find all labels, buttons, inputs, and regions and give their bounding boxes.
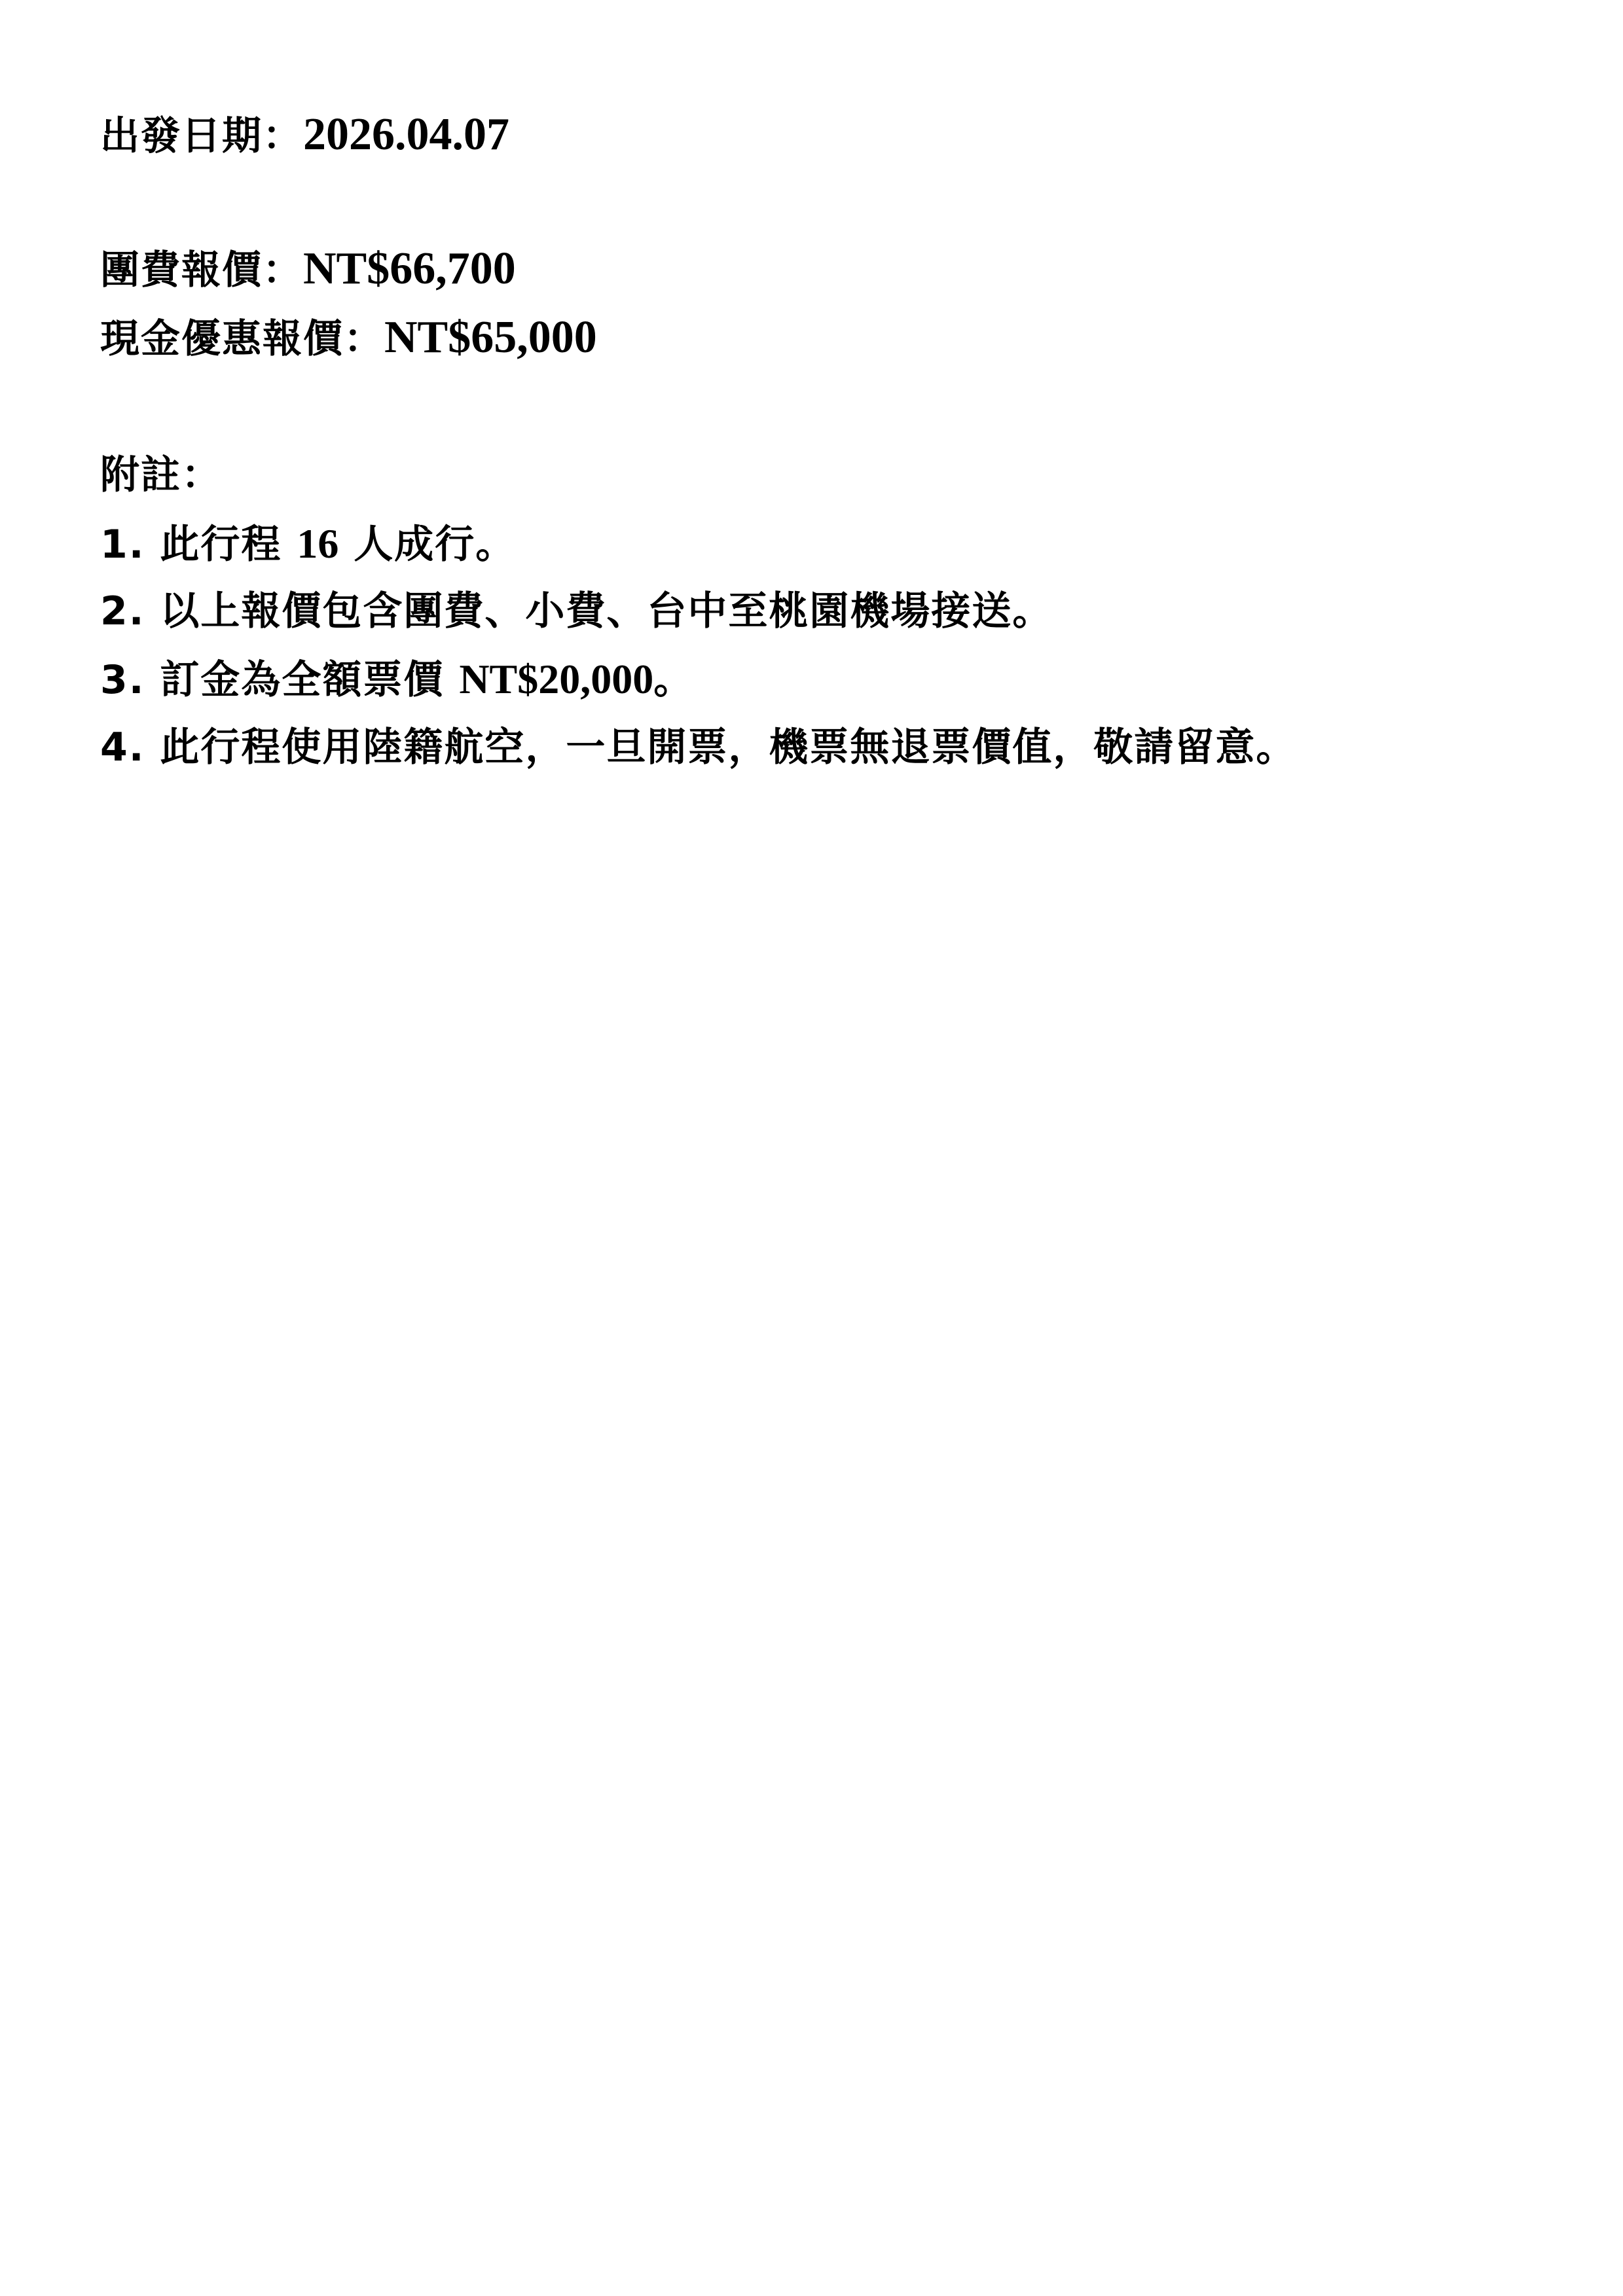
note-item-3: 3. 訂金為全額票價 NT$20,000。	[100, 656, 694, 704]
departure-date-label: 出發日期：	[100, 113, 303, 159]
departure-date-line: 出發日期：2026.04.07	[100, 111, 509, 160]
cash-discount-price-line: 現金優惠報價：NT$65,000	[100, 314, 597, 363]
note-item-1-prefix: 1. 此行程	[100, 522, 297, 567]
note-item-3-amount: NT$20,000	[459, 656, 653, 702]
group-fee-value: NT$66,700	[303, 243, 516, 294]
note-item-4: 4. 此行程使用陸籍航空，一旦開票，機票無退票價值，敬請留意。	[100, 724, 1296, 771]
departure-date-value: 2026.04.07	[303, 109, 509, 160]
document-page: 出發日期：2026.04.07 團費報價：NT$66,700 現金優惠報價：NT…	[100, 0, 1623, 2296]
note-item-4-text: 4. 此行程使用陸籍航空，一旦開票，機票無退票價值，敬請留意。	[100, 725, 1296, 770]
notes-heading-text: 附註：	[100, 452, 222, 498]
note-item-1: 1. 此行程 16 人成行。	[100, 520, 516, 568]
cash-discount-value: NT$65,000	[384, 312, 597, 363]
note-item-2: 2. 以上報價包含團費、小費、台中至桃園機場接送。	[100, 588, 1053, 635]
note-item-2-text: 2. 以上報價包含團費、小費、台中至桃園機場接送。	[100, 588, 1053, 634]
note-item-3-prefix: 3. 訂金為全額票價	[100, 657, 459, 703]
group-fee-price-line: 團費報價：NT$66,700	[100, 245, 516, 294]
notes-heading: 附註：	[100, 452, 222, 499]
cash-discount-label: 現金優惠報價：	[100, 316, 384, 362]
note-item-3-suffix: 。	[653, 657, 694, 703]
note-item-1-number: 16	[297, 520, 338, 567]
group-fee-label: 團費報價：	[100, 247, 303, 293]
note-item-1-suffix: 人成行。	[338, 522, 516, 567]
